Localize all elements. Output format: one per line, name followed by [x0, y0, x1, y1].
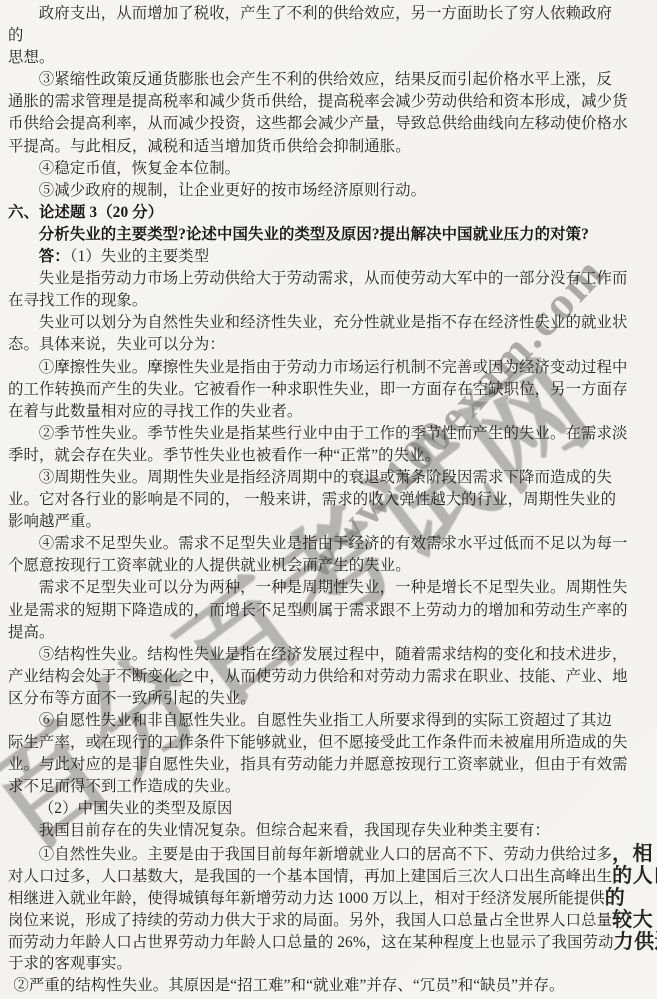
text-segment: 个愿意按现行工资率就业的人提供就业机会而产生的失业。 — [8, 557, 411, 574]
text-line: 需求不足型失业可以分为两种，一种是周期性失业，一种是增长不足型失业。周期性失 — [8, 577, 651, 599]
inserted-large-text: 的人口 — [612, 865, 657, 887]
text-segment: 产业结构会处于不断变化之中，从而使劳动力供给和对劳动力需求在职业、技能、产业、地 — [8, 668, 628, 685]
text-segment: 岗位来说，形成了持续的劳动力供大于求的局面。另外，我国人口总量占全世界人口总量 — [8, 912, 612, 929]
text-line: 对人口过多，人口基数大，是我国的一个基本国情，再加上建国后三次人口出生高峰出生的… — [8, 865, 651, 887]
text-segment: 影响越严重。 — [8, 513, 101, 530]
text-segment: 于求的客观事实。 — [8, 955, 132, 972]
text-line: ⑤结构性失业。结构性失业是指在经济发展过程中，随着需求结构的变化和技术进步， — [8, 644, 651, 666]
text-line: 在寻找工作的现象。 — [8, 290, 651, 312]
text-line: 岗位来说，形成了持续的劳动力供大于求的局面。另外，我国人口总量占全世界人口总量较… — [8, 909, 651, 931]
text-segment: 提高。 — [8, 624, 54, 641]
document-text: 政府支出，从而增加了税收，产生了不利的供给效应，另一方面助长了穷人依赖政府的思想… — [0, 0, 657, 997]
text-line: ④需求不足型失业。需求不足型失业是指由于经济的有效需求水平过低而不足以为每一 — [8, 533, 651, 555]
text-line: 失业可以划分为自然性失业和经济性失业，充分性就业是指不存在经济性失业的就业状 — [8, 312, 651, 334]
text-line: （2）中国失业的类型及原因 — [8, 798, 651, 820]
text-line: 于求的客观事实。 — [8, 953, 651, 975]
text-line: 在着与此数量相对应的寻找工作的失业者。 — [8, 401, 651, 423]
text-line: 业是需求的短期下降造成的，而增长不足型则属于需求跟不上劳动力的增加和劳动生产率的 — [8, 600, 651, 622]
text-segment: 失业是指劳动力市场上劳动供给大于劳动需求，从而使劳动大军中的一部分没有工作而 — [39, 270, 628, 287]
text-line: ①摩擦性失业。摩擦性失业是指由于劳动力市场运行机制不完善或因为经济变动过程中 — [8, 357, 651, 379]
text-segment: ②严重的结构性失业。其原因是“招工难”和“就业难”并存、“冗员”和“缺员”并存。 — [13, 977, 564, 994]
text-line: 产业结构会处于不断变化之中，从而使劳动力供给和对劳动力需求在职业、技能、产业、地 — [8, 666, 651, 688]
text-segment: ⑥自愿性失业和非自愿性失业。自愿性失业指工人所要求得到的实际工资超过了其边 — [39, 712, 612, 729]
text-line: 业。与此对应的是非自愿性失业，指具有劳动能力并愿意按现行工资率就业，但由于有效需 — [8, 754, 651, 776]
text-segment: ④稳定币值，恢复金本位制。 — [39, 160, 240, 177]
text-line: 影响越严重。 — [8, 511, 651, 533]
text-segment: ⑤结构性失业。结构性失业是指在经济发展过程中，随着需求结构的变化和技术进步， — [39, 646, 628, 663]
text-line: 季时，就会存在失业。季节性失业也被看作一种“正常”的失业。 — [8, 445, 651, 467]
text-line: 我国目前存在的失业情况复杂。但综合起来看，我国现存失业种类主要有： — [8, 820, 651, 842]
text-line: 分析失业的主要类型?论述中国失业的类型及原因?提出解决中国就业压力的对策? — [8, 224, 651, 246]
text-line: 的工作转换而产生的失业。它被看作一种求职性失业，即一方面存在空缺职位，另一方面存 — [8, 379, 651, 401]
text-line: 通胀的需求管理是提高税率和减少货币供给，提高税率会减少劳动供给和资本形成，减少货 — [8, 91, 651, 113]
text-segment: 求不足而得不到工作造成的失业。 — [8, 778, 240, 795]
text-line: ②严重的结构性失业。其原因是“招工难”和“就业难”并存、“冗员”和“缺员”并存。 — [8, 975, 651, 997]
inserted-large-text: 的 — [605, 887, 626, 909]
text-segment: ③周期性失业。周期性失业是指经济周期中的衰退或萧条阶段因需求下降而造成的失 — [39, 469, 612, 486]
text-line: ⑥自愿性失业和非自愿性失业。自愿性失业指工人所要求得到的实际工资超过了其边 — [8, 710, 651, 732]
text-segment: 答： — [39, 248, 70, 265]
text-line: 个愿意按现行工资率就业的人提供就业机会而产生的失业。 — [8, 555, 651, 577]
text-line: ④稳定币值，恢复金本位制。 — [8, 158, 651, 180]
text-segment: 失业可以划分为自然性失业和经济性失业，充分性就业是指不存在经济性失业的就业状 — [39, 314, 628, 331]
text-line: 失业是指劳动力市场上劳动供给大于劳动需求，从而使劳动大军中的一部分没有工作而 — [8, 268, 651, 290]
text-segment: 在着与此数量相对应的寻找工作的失业者。 — [8, 403, 302, 420]
text-line: ②季节性失业。季节性失业是指某些行业中由于工作的季节性而产生的失业。在需求淡 — [8, 423, 651, 445]
text-segment: 业是需求的短期下降造成的，而增长不足型则属于需求跟不上劳动力的增加和劳动生产率的 — [8, 602, 628, 619]
text-line: ③周期性失业。周期性失业是指经济周期中的衰退或萧条阶段因需求下降而造成的失 — [8, 467, 651, 489]
text-segment: 而劳动力年龄人口占世界劳动力年龄人口总量的 26%，这在某种程度上也显示了我国劳… — [8, 934, 614, 951]
text-line: 业。它对各行业的影响是不同的， 一般来讲，需求的收入弹性越大的行业，周期性失业的 — [8, 489, 651, 511]
text-line: 相继进入就业年龄，使得城镇每年新增劳动力达 1000 万以上，相对于经济发展所能… — [8, 887, 651, 909]
text-segment: 的 — [8, 27, 24, 44]
text-line: 平提高。与此相反，减税和适当增加货币供给会抑制通胀。 — [8, 136, 651, 158]
text-segment: 六、论述题 3（20 分） — [8, 204, 163, 221]
text-segment: ①摩擦性失业。摩擦性失业是指由于劳动力市场运行机制不完善或因为经济变动过程中 — [39, 359, 628, 376]
text-line: 际生产率，或在现行的工作条件下能够就业，但不愿接受此工作条件而未被雇用所造成的失 — [8, 732, 651, 754]
text-segment: ⑤减少政府的规制，让企业更好的按市场经济原则行动。 — [39, 182, 426, 199]
text-segment: 我国目前存在的失业情况复杂。但综合起来看，我国现存失业种类主要有： — [39, 822, 550, 839]
text-segment: 在寻找工作的现象。 — [8, 292, 147, 309]
text-segment: ②季节性失业。季节性失业是指某些行业中由于工作的季节性而产生的失业。在需求淡 — [39, 425, 628, 442]
text-segment: 相继进入就业年龄，使得城镇每年新增劳动力达 1000 万以上，相对于经济发展所能… — [8, 890, 605, 907]
inserted-large-text: ，相 — [612, 843, 653, 865]
text-segment: 政府支出，从而增加了税收，产生了不利的供给效应，另一方面助长了穷人依赖政府 — [39, 5, 612, 22]
text-line: ③紧缩性政策反通货膨胀也会产生不利的供给效应，结果反而引起价格水平上涨，反 — [8, 69, 651, 91]
text-segment: 区分布等方面不一致所引起的失业。 — [8, 690, 256, 707]
text-segment: 思想。 — [8, 49, 54, 66]
text-segment: ①自然性失业。主要是由于我国目前每年新增就业人口的居高不下、劳动力供给过多 — [39, 846, 612, 863]
text-line: 思想。 — [8, 47, 651, 69]
text-line: 答：（1）失业的主要类型 — [8, 246, 651, 268]
inserted-large-text: 力供过 — [614, 931, 657, 953]
text-line: 态。具体来说，失业可以分为： — [8, 334, 651, 356]
text-segment: 的工作转换而产生的失业。它被看作一种求职性失业，即一方面存在空缺职位，另一方面存 — [8, 381, 628, 398]
text-line: 币供给会提高利率，从而减少投资，这些都会减少产量，导致总供给曲线向左移动使价格水 — [8, 113, 651, 135]
text-segment: ④需求不足型失业。需求不足型失业是指由于经济的有效需求水平过低而不足以为每一 — [39, 535, 628, 552]
text-segment: 币供给会提高利率，从而减少投资，这些都会减少产量，导致总供给曲线向左移动使价格水 — [8, 115, 628, 132]
text-segment: ③紧缩性政策反通货膨胀也会产生不利的供给效应，结果反而引起价格水平上涨，反 — [39, 71, 612, 88]
text-line: 提高。 — [8, 622, 651, 644]
text-segment: 分析失业的主要类型?论述中国失业的类型及原因?提出解决中国就业压力的对策? — [39, 226, 589, 243]
scanned-exam-page: 百分百考试网 www.100exam.com 政府支出，从而增加了税收，产生了不… — [0, 0, 657, 999]
text-line: 区分布等方面不一致所引起的失业。 — [8, 688, 651, 710]
text-line: ⑤减少政府的规制，让企业更好的按市场经济原则行动。 — [8, 180, 651, 202]
text-segment: 业。与此对应的是非自愿性失业，指具有劳动能力并愿意按现行工资率就业，但由于有效需 — [8, 756, 628, 773]
text-segment: （1）失业的主要类型 — [70, 248, 210, 265]
text-line: 政府支出，从而增加了税收，产生了不利的供给效应，另一方面助长了穷人依赖政府 — [8, 3, 651, 25]
text-line: ①自然性失业。主要是由于我国目前每年新增就业人口的居高不下、劳动力供给过多，相 — [8, 843, 651, 865]
text-line: 求不足而得不到工作造成的失业。 — [8, 776, 651, 798]
text-segment: 际生产率，或在现行的工作条件下能够就业，但不愿接受此工作条件而未被雇用所造成的失 — [8, 734, 628, 751]
text-segment: 通胀的需求管理是提高税率和减少货币供给，提高税率会减少劳动供给和资本形成，减少货 — [8, 93, 628, 110]
text-segment: 态。具体来说，失业可以分为： — [8, 336, 225, 353]
text-segment: （2）中国失业的类型及原因 — [39, 800, 233, 817]
text-segment: 季时，就会存在失业。季节性失业也被看作一种“正常”的失业。 — [8, 447, 440, 464]
text-segment: 需求不足型失业可以分为两种，一种是周期性失业，一种是增长不足型失业。周期性失 — [39, 579, 628, 596]
text-segment: 业。它对各行业的影响是不同的， 一般来讲，需求的收入弹性越大的行业，周期性失业的 — [8, 491, 616, 508]
inserted-large-text: 较大 — [612, 909, 653, 931]
text-segment: 平提高。与此相反，减税和适当增加货币供给会抑制通胀。 — [8, 138, 411, 155]
text-line: 而劳动力年龄人口占世界劳动力年龄人口总量的 26%，这在某种程度上也显示了我国劳… — [8, 931, 651, 953]
text-line: 的 — [8, 25, 651, 47]
text-segment: 对人口过多，人口基数大，是我国的一个基本国情，再加上建国后三次人口出生高峰出生 — [8, 868, 612, 885]
text-line: 六、论述题 3（20 分） — [8, 202, 651, 224]
